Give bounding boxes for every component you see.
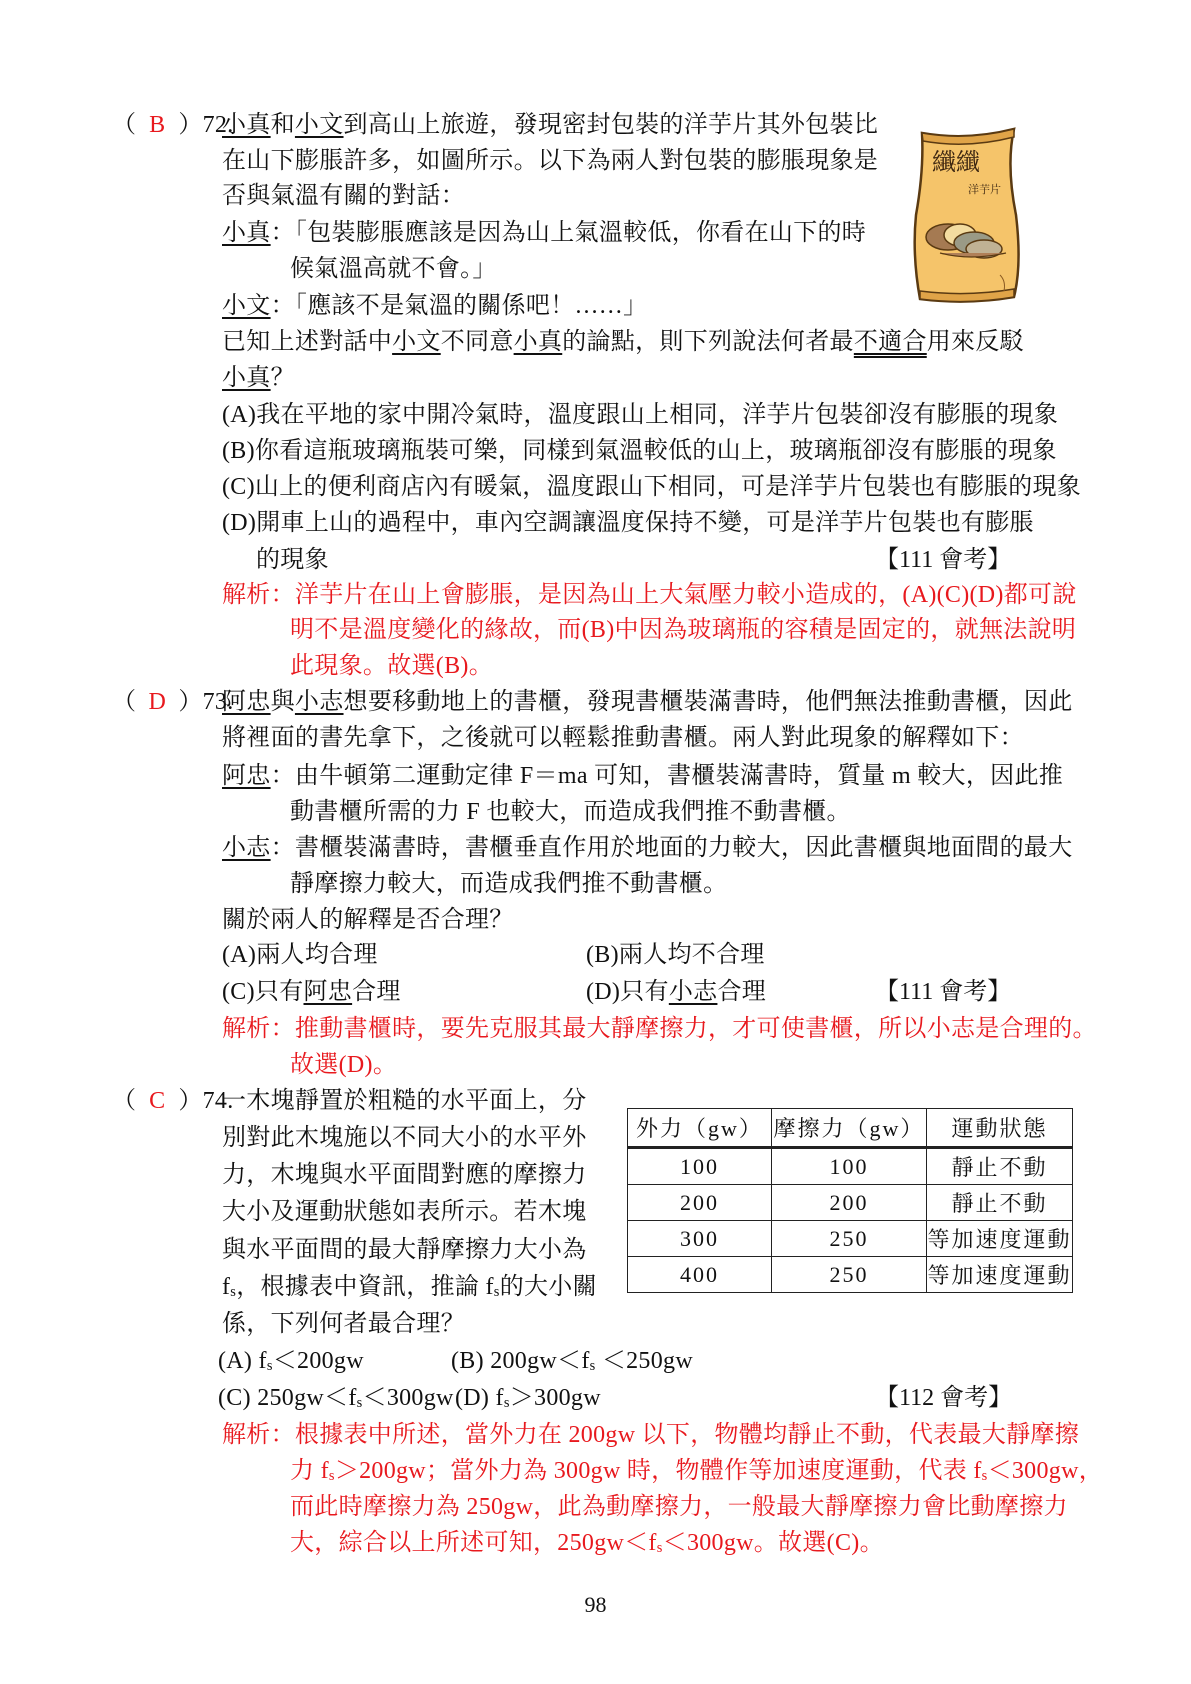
q74-stem-line-4: 大小及運動狀態如表所示。若木塊	[222, 1197, 587, 1227]
q72-dialogue-xiaozhen: 小真：「包裝膨脹應該是因為山上氣溫較低，你看在山下的時	[222, 218, 866, 248]
q74-explanation-4: 大，綜合以上所述可知，250gw＜fs＜300gw。故選(C)。	[290, 1528, 884, 1563]
q73-header: （D）73.	[112, 687, 234, 717]
q73-stem-line-2: 將裡面的書先拿下，之後就可以輕鬆推動書櫃。兩人對此現象的解釋如下：	[222, 723, 1024, 753]
q73-dialogue-xiaozhi: 小志：書櫃裝滿書時，書櫃垂直作用於地面的力較大，因此書櫃與地面間的最大	[222, 833, 1073, 863]
name-xiaozhen: 小真	[222, 112, 271, 138]
q73-dialogue-xiaozhi-cont: 靜摩擦力較大，而造成我們推不動書櫃。	[290, 869, 727, 899]
q72-option-d: (D)開車上山的過程中，車內空調讓溫度保持不變，可是洋芋片包裝也有膨脹	[222, 508, 1034, 538]
q74-stem-line-3: 力，木塊與水平面間對應的摩擦力	[222, 1160, 587, 1190]
name-azhong: 阿忠	[222, 689, 271, 715]
page-number: 98	[0, 1592, 1191, 1618]
svg-text:纖纖: 纖纖	[932, 148, 980, 176]
chips-bag-icon: 纖纖 洋芋片	[910, 125, 1025, 310]
q72-dialogue-xiaowen: 小文：「應該不是氣溫的關係吧！……」	[222, 291, 647, 321]
q72-source: 【111 會考】	[875, 545, 1011, 575]
table-row: 100 100 靜止不動	[628, 1148, 1073, 1185]
q72-explanation-3: 此現象。故選(B)。	[290, 651, 493, 681]
q73-option-b: (B)兩人均不合理	[586, 940, 765, 970]
q74-explanation-3: 而此時摩擦力為 250gw，此為動摩擦力，一般最大靜摩擦力會比動摩擦力	[290, 1492, 1068, 1522]
name-xiaozhi: 小志	[295, 689, 344, 715]
q72-dialogue-xiaozhen-cont: 候氣溫高就不會。」	[290, 254, 497, 284]
q72-explanation-1: 解析：洋芋片在山上會膨脹，是因為山上大氣壓力較小造成的，(A)(C)(D)都可說	[222, 580, 1077, 610]
q72-explanation-2: 明不是溫度變化的緣故，而(B)中因為玻璃瓶的容積是固定的，就無法說明	[290, 615, 1076, 645]
q73-answer: D	[136, 687, 178, 717]
table-header-row: 外力（gw） 摩擦力（gw） 運動狀態	[628, 1109, 1073, 1148]
q74-option-a: (A) fs＜200gw	[218, 1346, 364, 1381]
q74-explanation-2: 力 fs＞200gw；當外力為 300gw 時，物體作等加速度運動，代表 fs＜…	[290, 1456, 1103, 1491]
q74-explanation-1: 解析：根據表中所述，當外力在 200gw 以下，物體均靜止不動，代表最大靜摩擦	[222, 1420, 1079, 1450]
table-row: 300 250 等加速度運動	[628, 1221, 1073, 1257]
q72-stem-line-3: 否與氣溫有關的對話：	[222, 181, 465, 211]
q72-option-a: (A)我在平地的家中開冷氣時，溫度跟山上相同，洋芋片包裝卻沒有膨脹的現象	[222, 400, 1058, 430]
q72-stem-line-1: 小真和小文到高山上旅遊，發現密封包裝的洋芋片其外包裝比	[222, 110, 878, 140]
q73-option-c: (C)只有阿忠合理	[222, 977, 401, 1007]
q73-dialogue-azhong-cont: 動書櫃所需的力 F 也較大，而造成我們推不動書櫃。	[290, 797, 851, 827]
q73-explanation-2: 故選(D)。	[290, 1050, 397, 1080]
svg-text:洋芋片: 洋芋片	[968, 182, 1001, 196]
q74-option-c: (C) 250gw＜fs＜300gw	[218, 1383, 454, 1418]
q72-header: （B）72.	[112, 110, 234, 140]
q74-stem-line-7: 係，下列何者最合理？	[222, 1309, 465, 1339]
col-friction: 摩擦力（gw）	[772, 1109, 927, 1148]
q74-stem-line-5: 與水平面間的最大靜摩擦力大小為	[222, 1235, 587, 1265]
q74-header: （C）74.	[112, 1086, 234, 1116]
q73-dialogue-azhong: 阿忠：由牛頓第二運動定律 F＝ma 可知，書櫃裝滿書時，質量 m 較大，因此推	[222, 761, 1063, 791]
q72-stem-line-2: 在山下膨脹許多，如圖所示。以下為兩人對包裝的膨脹現象是	[222, 146, 878, 176]
col-applied-force: 外力（gw）	[628, 1109, 772, 1148]
q72-option-b: (B)你看這瓶玻璃瓶裝可樂，同樣到氣溫較低的山上，玻璃瓶卻沒有膨脹的現象	[222, 436, 1057, 466]
q74-answer: C	[136, 1086, 178, 1116]
table-row: 400 250 等加速度運動	[628, 1257, 1073, 1293]
q73-source: 【111 會考】	[875, 977, 1011, 1007]
chips-bag-illustration: 纖纖 洋芋片	[910, 125, 1025, 310]
q72-question: 已知上述對話中小文不同意小真的論點，則下列說法何者最不適合用來反駁	[222, 327, 1024, 357]
q74-stem-line-1: 一木塊靜置於粗糙的水平面上，分	[222, 1086, 587, 1116]
emphasis-not-suitable: 不適合	[854, 329, 927, 355]
q72-option-c: (C)山上的便利商店內有暖氣，溫度跟山下相同，可是洋芋片包裝也有膨脹的現象	[222, 472, 1081, 502]
friction-table: 外力（gw） 摩擦力（gw） 運動狀態 100 100 靜止不動 200 200…	[627, 1108, 1073, 1293]
table-row: 200 200 靜止不動	[628, 1185, 1073, 1221]
name-xiaowen: 小文	[295, 112, 344, 138]
q73-question: 關於兩人的解釋是否合理？	[222, 905, 514, 935]
q74-stem-line-2: 別對此木塊施以不同大小的水平外	[222, 1123, 587, 1153]
q73-explanation-1: 解析：推動書櫃時，要先克服其最大靜摩擦力，才可使書櫃，所以小志是合理的。	[222, 1014, 1097, 1044]
q72-question-cont: 小真？	[222, 363, 295, 393]
q72-option-d-cont: 的現象	[256, 545, 329, 575]
q73-option-a: (A)兩人均合理	[222, 940, 378, 970]
q72-answer: B	[136, 110, 178, 140]
q74-stem-line-6: fs，根據表中資訊，推論 fs的大小關	[222, 1272, 597, 1307]
col-motion-state: 運動狀態	[927, 1109, 1073, 1148]
q73-stem-line-1: 阿忠與小志想要移動地上的書櫃，發現書櫃裝滿書時，他們無法推動書櫃，因此	[222, 687, 1073, 717]
q74-option-d: (D) fs＞300gw	[455, 1383, 601, 1418]
q74-source: 【112 會考】	[875, 1383, 1012, 1413]
q73-option-d: (D)只有小志合理	[586, 977, 766, 1007]
q74-option-b: (B) 200gw＜fs ＜250gw	[451, 1346, 693, 1381]
